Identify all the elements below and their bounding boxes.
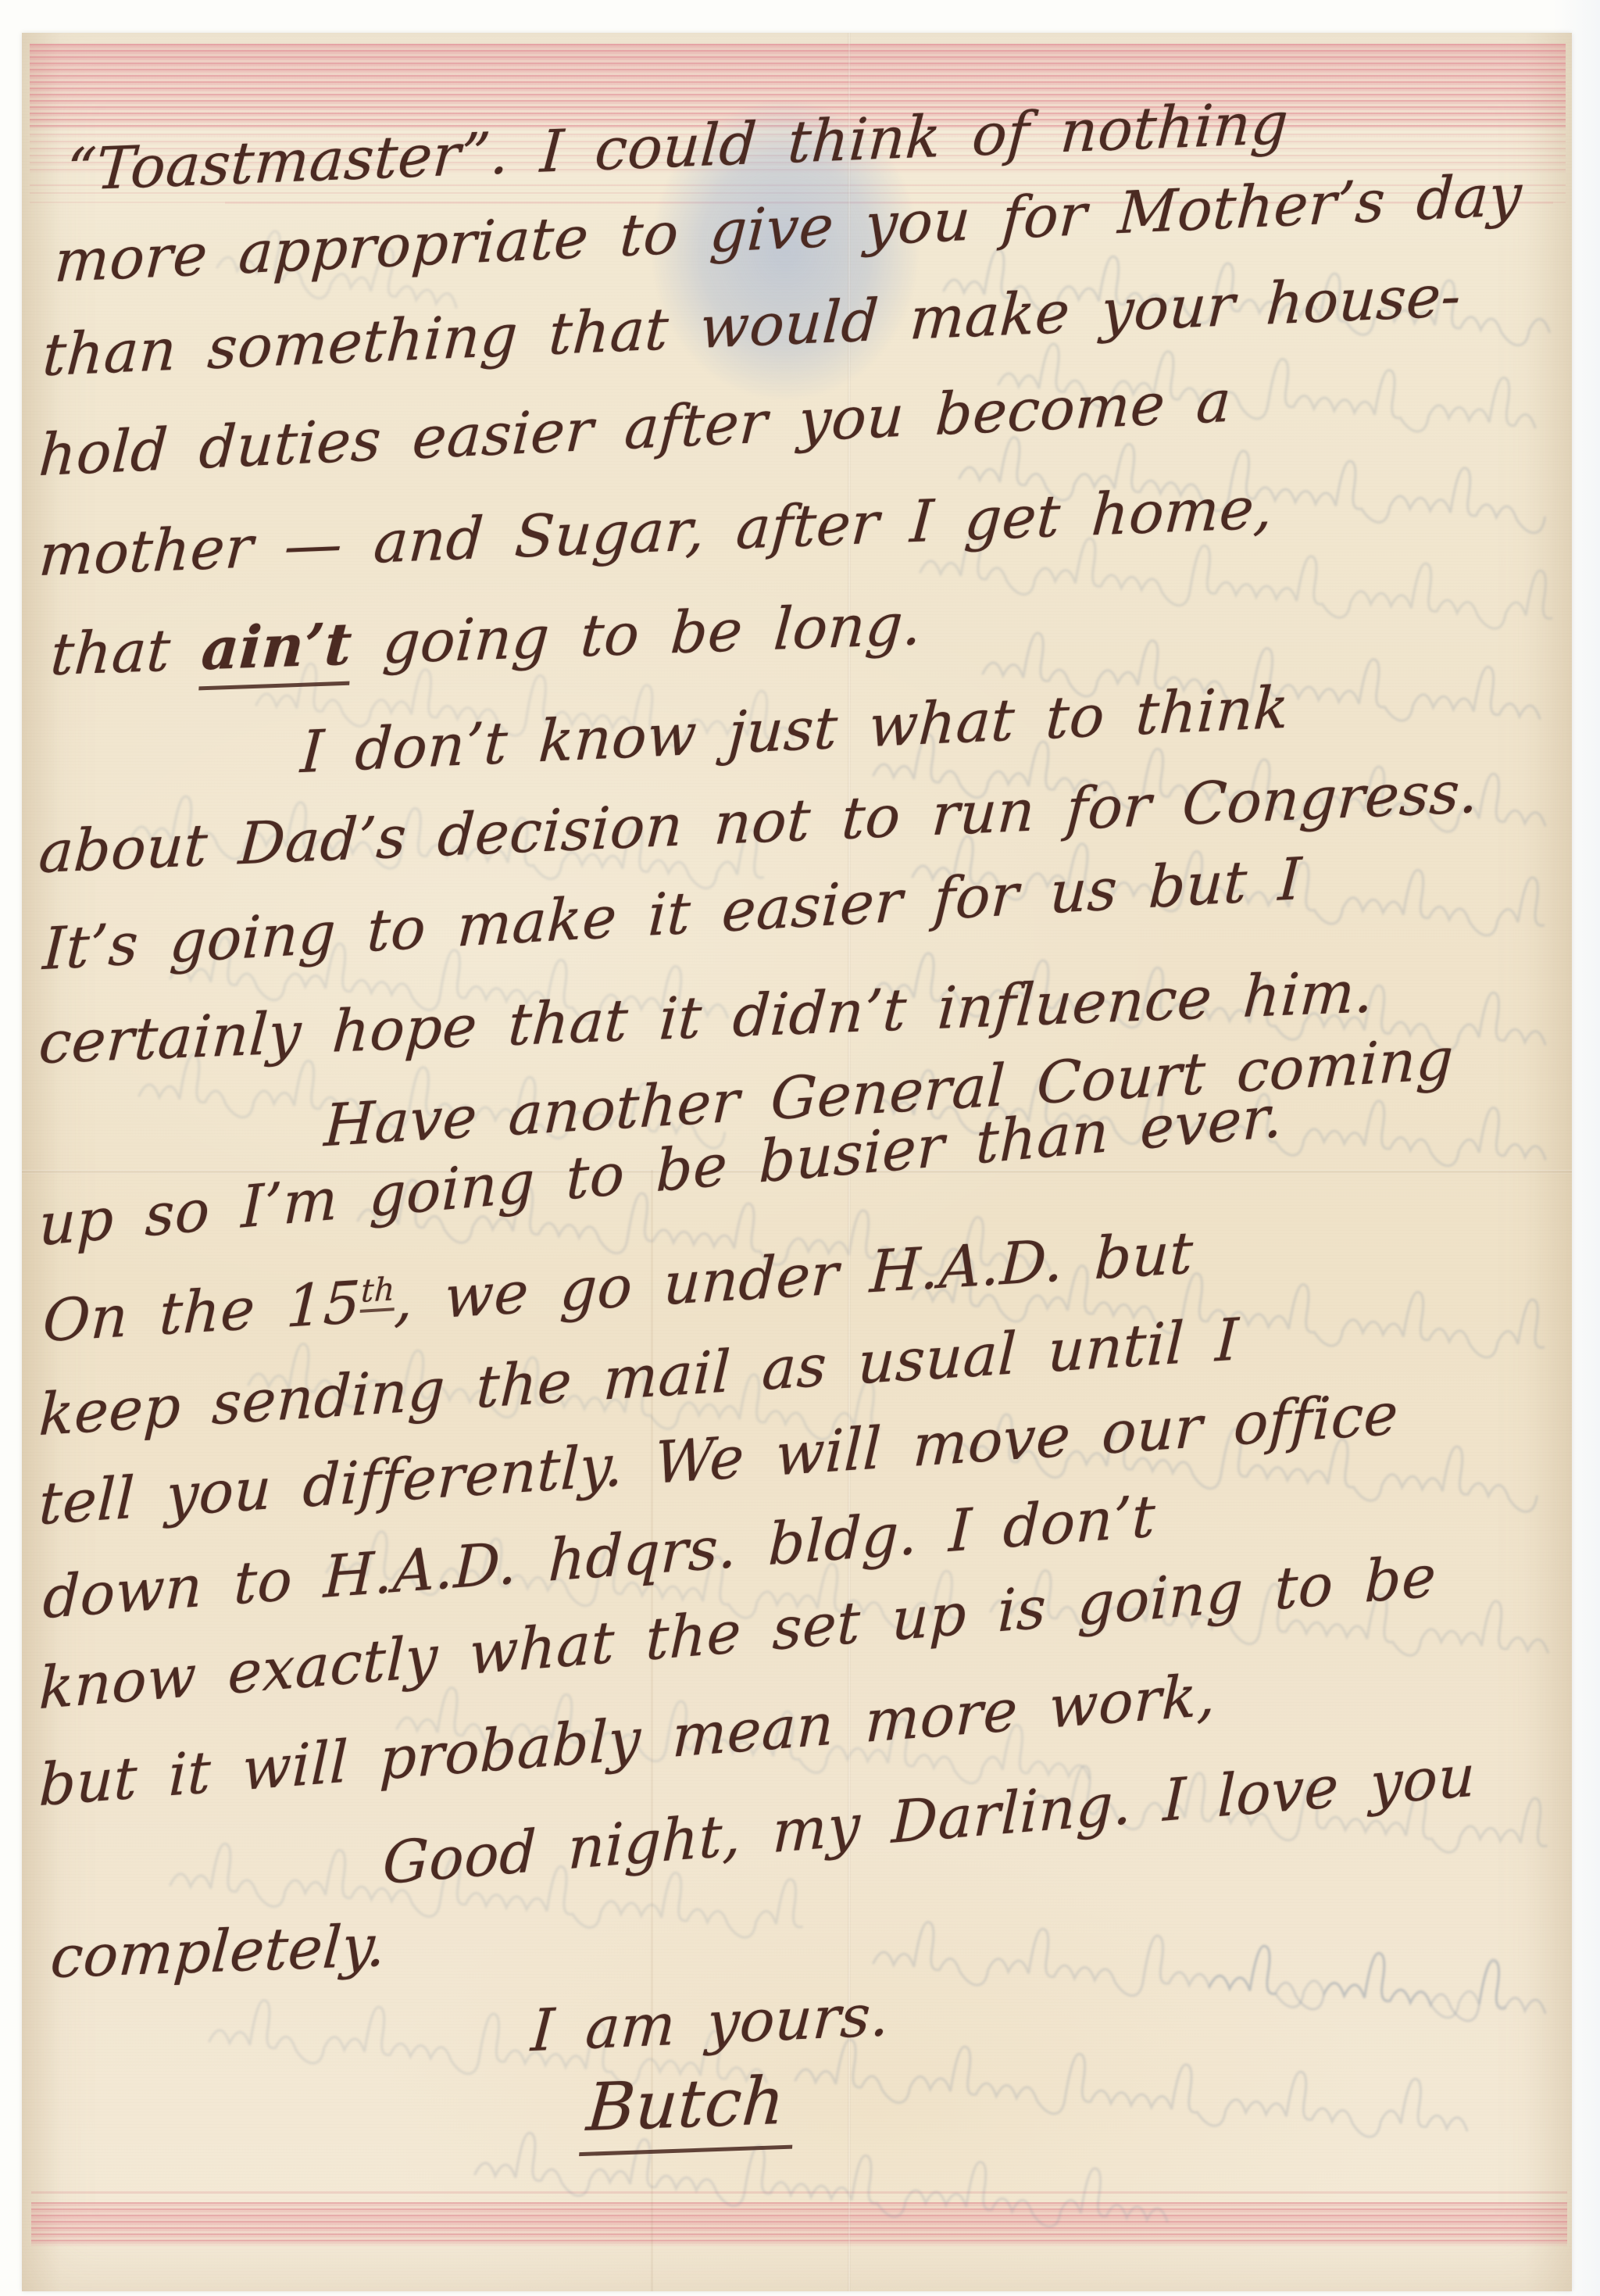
scanned-letter: “Toastmaster”. I could think of nothing … [0,0,1600,2296]
line-text: that [48,616,204,688]
signature: Butch [579,2062,798,2156]
ghost-writing-stroke [1209,1943,1548,2026]
ghost-writing-stroke [473,2130,1170,2232]
ghost-writing-stroke [872,1919,1507,2020]
ordinal-suffix: th [360,1270,396,1313]
emphasized-word: ain’t [199,610,355,690]
ghost-writing-stroke [794,2037,1470,2142]
letter-line: completely. [48,1912,388,1991]
letter-page: “Toastmaster”. I could think of nothing … [22,33,1572,2291]
